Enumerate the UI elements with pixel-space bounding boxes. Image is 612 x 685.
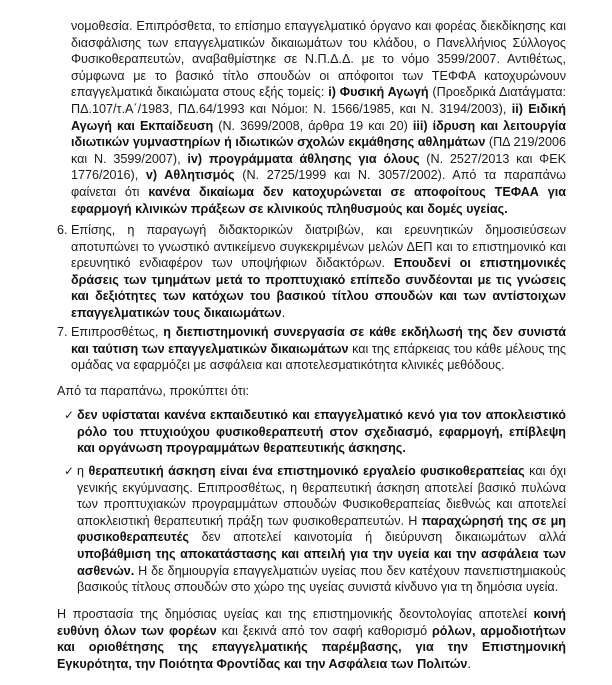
numbered-item-7: 7. Επιπροσθέτως, η διεπιστημονική συνεργ…: [57, 324, 566, 374]
text-run: και ξεκινά από τον σαφή καθορισμό: [217, 624, 432, 638]
check-item-text: η θεραπευτική άσκηση είναι ένα επιστημον…: [77, 463, 566, 596]
checkmark-icon: ✓: [64, 407, 74, 424]
bold-text: θεραπευτική άσκηση είναι ένα επιστημονικ…: [89, 464, 525, 478]
checkmark-icon: ✓: [64, 463, 74, 480]
check-item-2: ✓ η θεραπευτική άσκηση είναι ένα επιστημ…: [64, 463, 566, 596]
text-run: Η δε δημιουργία επαγγελματιών υγείας που…: [77, 564, 566, 595]
bold-text: iv) προγράμματα άθλησης για όλους: [187, 152, 419, 166]
continuation-paragraph: νομοθεσία. Επιπρόσθετα, το επίσημο επαγγ…: [71, 18, 566, 217]
text-run: Επιπροσθέτως,: [71, 325, 163, 339]
document-page: νομοθεσία. Επιπρόσθετα, το επίσημο επαγγ…: [0, 0, 612, 685]
bold-text: δεν υφίσταται κανένα εκπαιδευτικό και επ…: [77, 408, 566, 455]
conclusion-intro: Από τα παραπάνω, προκύπτει ότι:: [57, 383, 566, 400]
list-item-text: Επιπροσθέτως, η διεπιστημονική συνεργασί…: [71, 324, 566, 374]
list-number: 6.: [57, 222, 68, 239]
text-run: (Ν. 3699/2008, άρθρα 19 και 20): [213, 119, 413, 133]
text-run: .: [467, 657, 471, 671]
bold-text: v) Αθλητισμός: [146, 168, 235, 182]
check-item-1: ✓ δεν υφίσταται κανένα εκπαιδευτικό και …: [64, 407, 566, 457]
text-run: η: [77, 464, 89, 478]
list-item-text: Επίσης, η παραγωγή διδακτορικών διατριβώ…: [71, 222, 566, 322]
bold-text: i) Φυσική Αγωγή: [328, 85, 428, 99]
closing-paragraph: Η προστασία της δημόσιας υγείας και της …: [57, 606, 566, 672]
list-number: 7.: [57, 324, 68, 341]
check-item-text: δεν υφίσταται κανένα εκπαιδευτικό και επ…: [77, 407, 566, 457]
text-run: δεν αποτελεί καινοτομία ή διεύρυνση δικα…: [189, 530, 566, 544]
text-run: .: [282, 306, 286, 320]
text-run: Η προστασία της δημόσιας υγείας και της …: [57, 607, 534, 621]
numbered-item-6: 6. Επίσης, η παραγωγή διδακτορικών διατρ…: [57, 222, 566, 322]
